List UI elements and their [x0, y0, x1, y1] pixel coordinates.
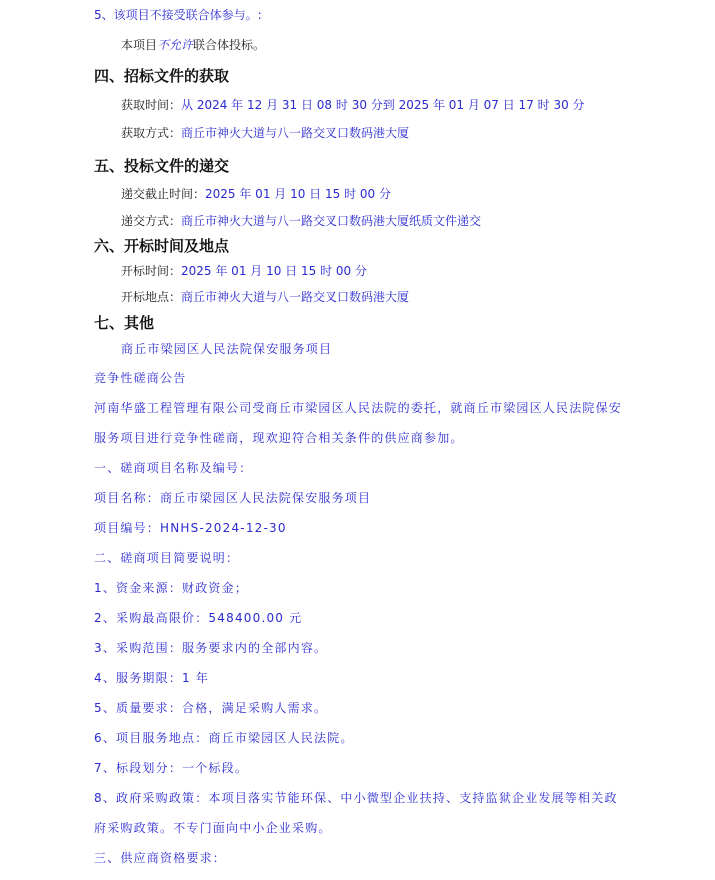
list-item-lots: 7、标段划分：一个标段。	[94, 760, 248, 776]
acquisition-method: 获取方式：商丘市神火大道与八一路交叉口数码港大厦	[121, 125, 409, 141]
list-item-term: 4、服务期限：1 年	[94, 670, 209, 686]
opening-place-label: 开标地点：	[121, 290, 181, 304]
submission-method: 递交方式：商丘市神火大道与八一路交叉口数码港大厦纸质文件递交	[121, 213, 481, 229]
project-code: 项目编号：HNHS-2024-12-30	[94, 520, 287, 536]
acquisition-time-label: 获取时间：	[121, 98, 181, 112]
item-5-consortium-rule: 5、该项目不接受联合体参与。:	[94, 7, 262, 23]
list-item-scope: 3、采购范围：服务要求内的全部内容。	[94, 640, 327, 656]
opening-time-value: 2025 年 01 月 10 日 15 时 00 分	[181, 264, 367, 278]
part-3-title: 三、供应商资格要求：	[94, 850, 226, 866]
part-2-title: 二、磋商项目简要说明：	[94, 550, 239, 566]
submission-method-value: 商丘市神火大道与八一路交叉口数码港大厦纸质文件递交	[181, 214, 481, 228]
submission-deadline: 递交截止时间：2025 年 01 月 10 日 15 时 00 分	[121, 186, 391, 202]
consortium-prefix: 本项目	[121, 38, 157, 52]
project-title: 商丘市梁园区人民法院保安服务项目	[121, 341, 332, 357]
acquisition-time: 获取时间：从 2024 年 12 月 31 日 08 时 30 分到 2025 …	[121, 97, 585, 113]
part-1-title: 一、磋商项目名称及编号：	[94, 460, 252, 476]
section-6-heading: 六、开标时间及地点	[94, 237, 229, 255]
submission-method-label: 递交方式：	[121, 214, 181, 228]
opening-time: 开标时间：2025 年 01 月 10 日 15 时 00 分	[121, 263, 367, 279]
opening-place-value: 商丘市神火大道与八一路交叉口数码港大厦	[181, 290, 409, 304]
notice-intro-line-1: 河南华盛工程管理有限公司受商丘市梁园区人民法院的委托，就商丘市梁园区人民法院保安	[94, 400, 622, 416]
submission-deadline-value: 2025 年 01 月 10 日 15 时 00 分	[205, 187, 391, 201]
acquisition-time-value: 从 2024 年 12 月 31 日 08 时 30 分到 2025 年 01 …	[181, 98, 585, 112]
list-item-quality: 5、质量要求：合格，满足采购人需求。	[94, 700, 327, 716]
list-item-policy: 8、政府采购政策：本项目落实节能环保、中小微型企业扶持、支持监狱企业发展等相关政	[94, 790, 618, 806]
notice-intro-line-2: 服务项目进行竞争性磋商，现欢迎符合相关条件的供应商参加。	[94, 430, 464, 446]
consortium-value: 不允许	[157, 38, 193, 52]
submission-deadline-label: 递交截止时间：	[121, 187, 205, 201]
opening-place: 开标地点：商丘市神火大道与八一路交叉口数码港大厦	[121, 289, 409, 305]
consortium-suffix: 联合体投标。	[193, 38, 265, 52]
section-5-heading: 五、投标文件的递交	[94, 157, 229, 175]
consortium-statement: 本项目不允许联合体投标。	[121, 37, 265, 53]
notice-title: 竞争性磋商公告	[94, 370, 186, 386]
acquisition-method-value: 商丘市神火大道与八一路交叉口数码港大厦	[181, 126, 409, 140]
opening-time-label: 开标时间：	[121, 264, 181, 278]
list-item-policy-cont: 府采购政策。不专门面向中小企业采购。	[94, 820, 332, 836]
list-item-funding: 1、资金来源：财政资金；	[94, 580, 248, 596]
section-4-heading: 四、招标文件的获取	[94, 67, 229, 85]
list-item-location: 6、项目服务地点：商丘市梁园区人民法院。	[94, 730, 354, 746]
section-7-heading: 七、其他	[94, 314, 154, 332]
list-item-max-price: 2、采购最高限价：548400.00 元	[94, 610, 302, 626]
acquisition-method-label: 获取方式：	[121, 126, 181, 140]
project-name: 项目名称：商丘市梁园区人民法院保安服务项目	[94, 490, 371, 506]
